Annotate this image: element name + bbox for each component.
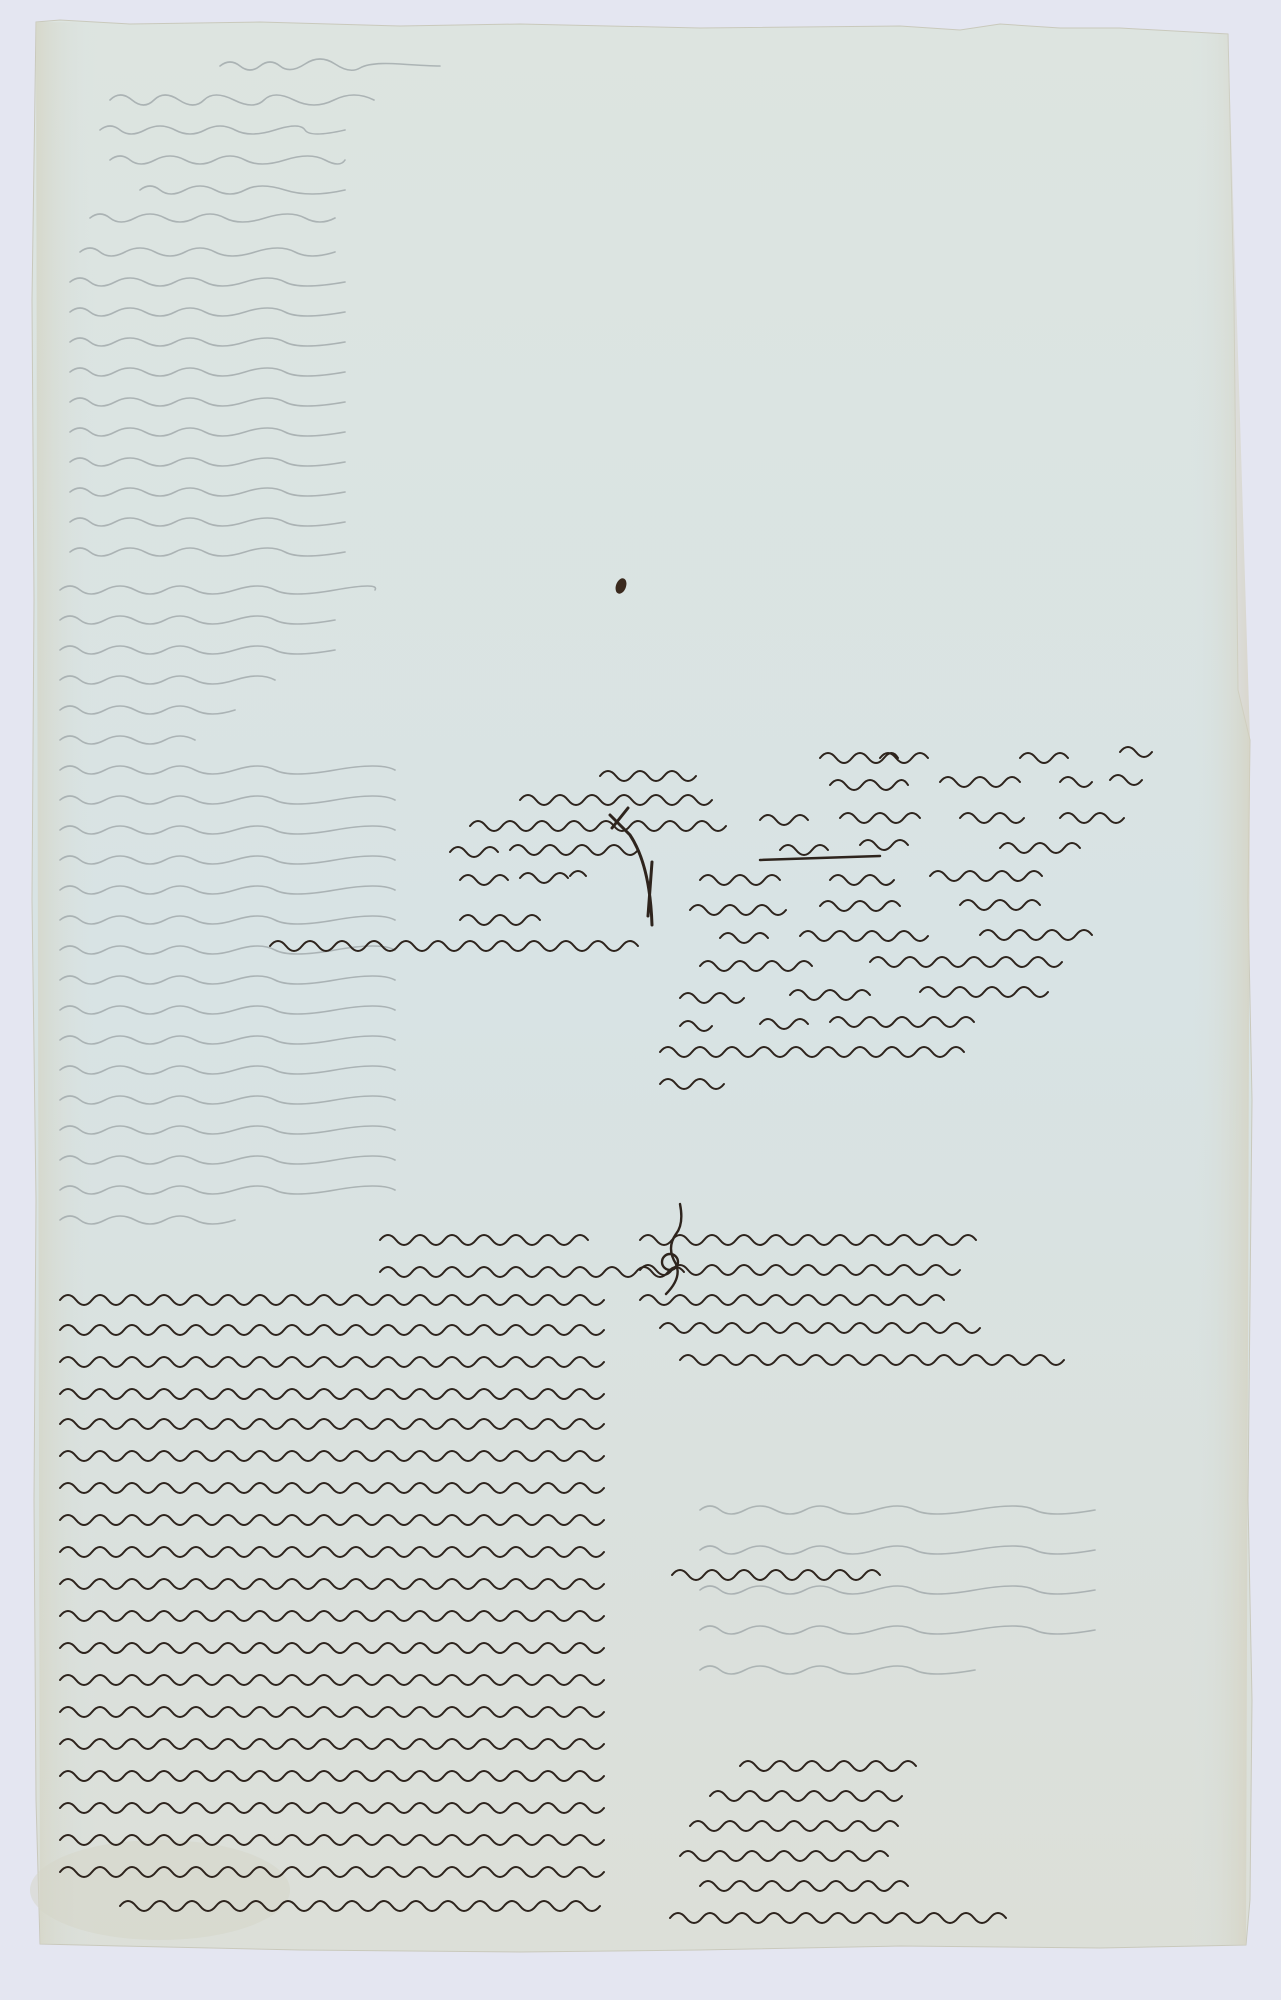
manuscript-page — [0, 0, 1281, 2000]
